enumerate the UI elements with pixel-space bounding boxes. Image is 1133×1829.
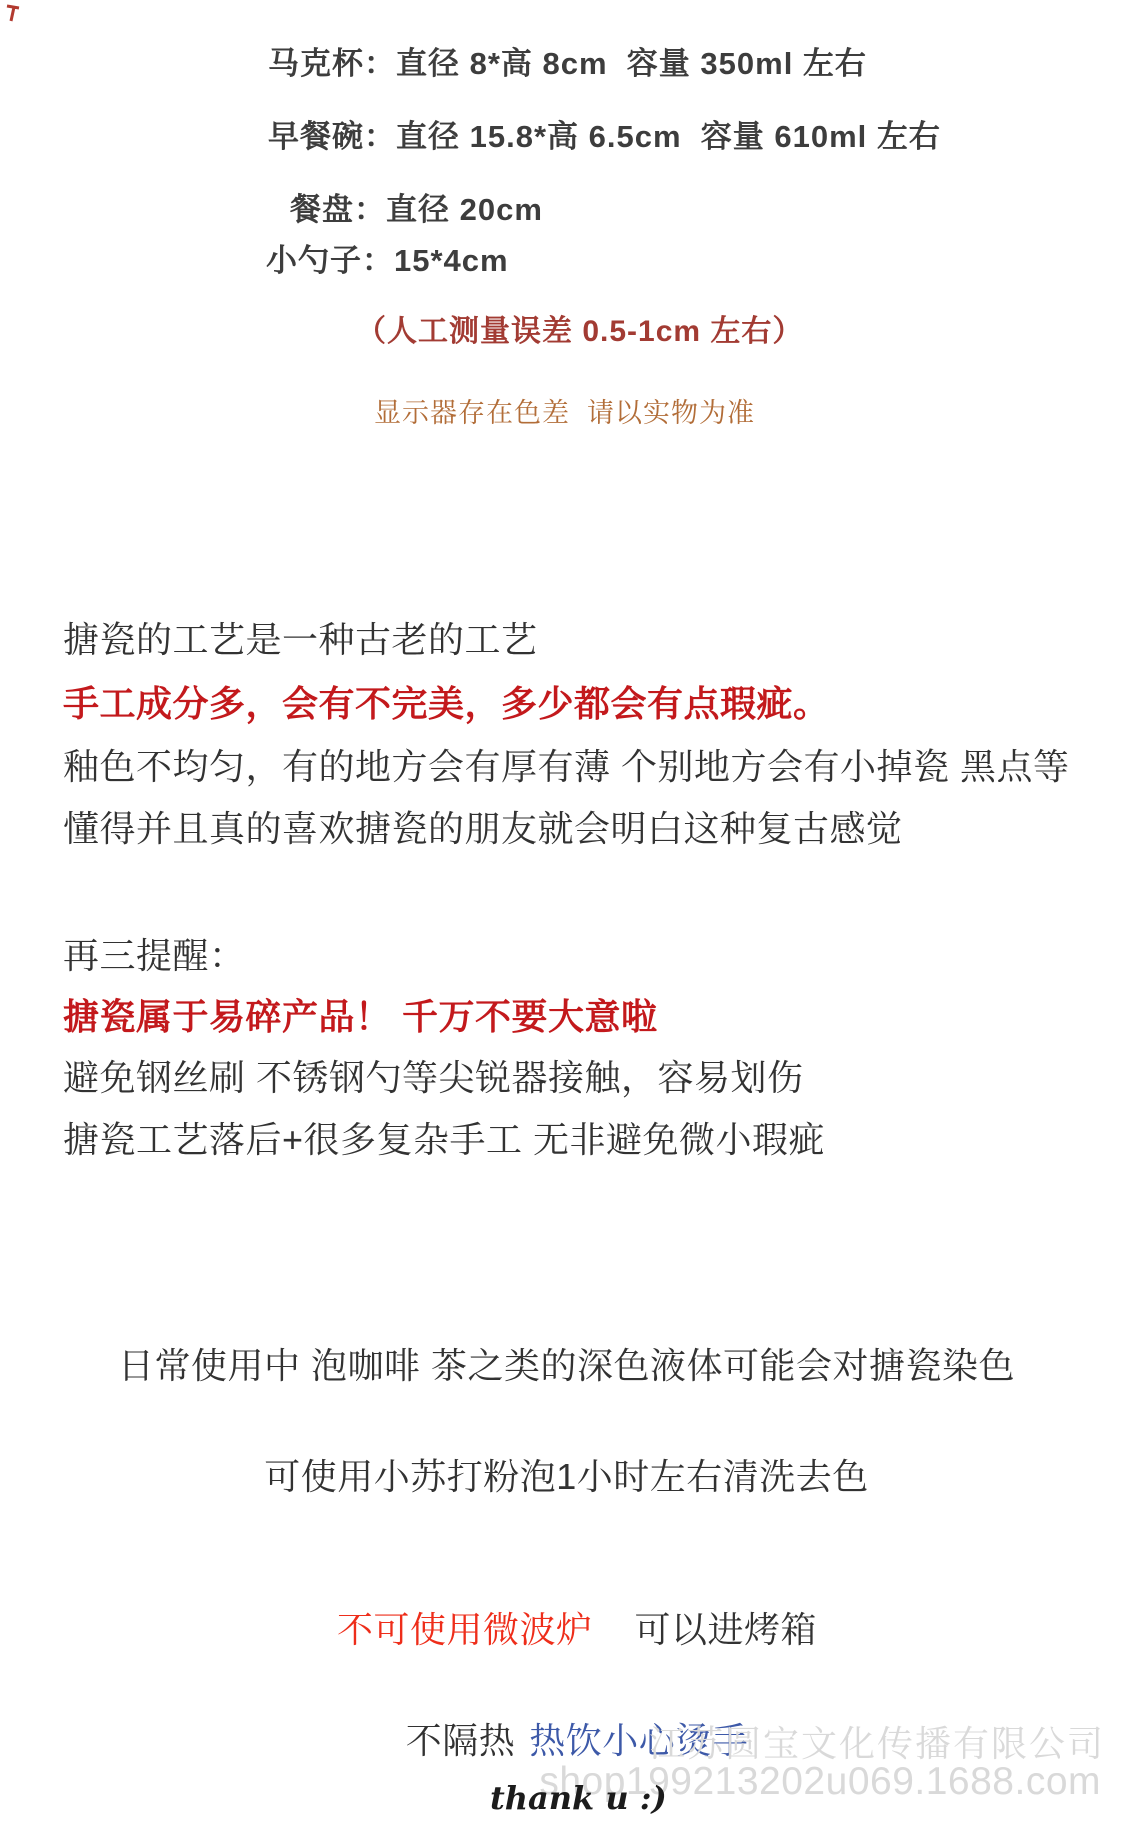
size-line-plate: 餐盘：直径 20cm	[290, 184, 543, 229]
corner-red-mark-icon	[5, 3, 23, 23]
product-description-page: { "size_list": { "mug": "马克杯：直径 8*高 8cm …	[0, 0, 1133, 1829]
reminder-scratch-line: 避免钢丝刷 不锈钢勺等尖锐器接触，容易划伤	[63, 1050, 804, 1101]
craft-intro-line: 搪瓷的工艺是一种古老的工艺	[63, 612, 538, 663]
color-difference-note: 显示器存在色差 请以实物为准	[374, 391, 755, 430]
not-insulated-text: 不隔热	[406, 1720, 516, 1761]
size-line-bowl: 早餐碗：直径 15.8*高 6.5cm 容量 610ml 左右	[268, 111, 941, 156]
usage-microwave-line: 不可使用微波炉可以进烤箱	[0, 1560, 1133, 1653]
craft-retro-line: 懂得并且真的喜欢搪瓷的朋友就会明白这种复古感觉	[63, 801, 903, 852]
reminder-flaw-line: 搪瓷工艺落后+很多复杂手工 无非避免微小瑕疵	[63, 1112, 825, 1163]
usage-staining-line: 日常使用中 泡咖啡 茶之类的深色液体可能会对搪瓷染色	[0, 1338, 1133, 1389]
craft-warning-line: 手工成分多，会有不完美，多少都会有点瑕疵。	[63, 676, 830, 727]
oven-ok-text: 可以进烤箱	[635, 1609, 818, 1650]
reminder-fragile-line: 搪瓷属于易碎产品！ 千万不要大意啦	[63, 989, 658, 1040]
measurement-error-note: （人工测量误差 0.5-1cm 左右）	[356, 306, 803, 350]
no-microwave-text: 不可使用微波炉	[337, 1609, 593, 1650]
size-line-mug: 马克杯：直径 8*高 8cm 容量 350ml 左右	[268, 38, 867, 83]
usage-cleaning-line: 可使用小苏打粉泡1小时左右清洗去色	[0, 1449, 1133, 1500]
size-line-spoon: 小勺子：15*4cm	[266, 235, 509, 280]
reminder-title: 再三提醒：	[63, 928, 246, 979]
craft-glaze-line: 釉色不均匀，有的地方会有厚有薄 个别地方会有小掉瓷 黑点等	[63, 739, 1070, 790]
thank-you-note: thank u :)	[490, 1779, 667, 1817]
